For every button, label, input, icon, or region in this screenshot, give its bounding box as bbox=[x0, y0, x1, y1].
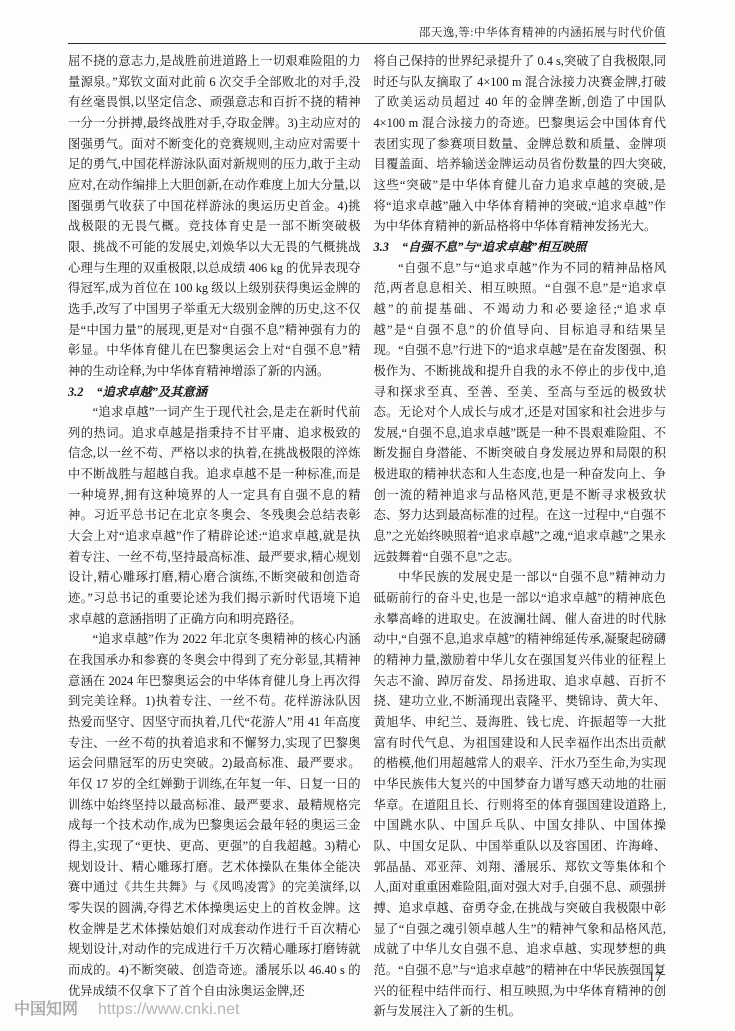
paragraph-continuation: 将自己保持的世界纪录提升了 0.4 s,突破了自我极限,同时还与队友摘取了 4×… bbox=[374, 51, 667, 237]
text-columns: 屈不挠的意志力,是战胜前进道路上一切艰难险阻的力量源泉。”郑钦文面对此前 6 次… bbox=[68, 51, 666, 1022]
paragraph: “追求卓越”一词产生于现代社会,是走在新时代前列的热词。追求卓越是指秉持不甘平庸… bbox=[68, 402, 361, 629]
section-number: 3.3 bbox=[374, 240, 389, 254]
section-title: “追求卓越”及其意涵 bbox=[96, 385, 207, 399]
paragraph: “追求卓越”作为 2022 年北京冬奥精神的核心内涵在我国承办和参赛的冬奥会中得… bbox=[68, 629, 361, 1001]
right-column: 将自己保持的世界纪录提升了 0.4 s,突破了自我极限,同时还与队友摘取了 4×… bbox=[374, 51, 667, 1022]
cnki-url-link[interactable]: https://www.cnki.net bbox=[98, 1001, 239, 1018]
left-column: 屈不挠的意志力,是战胜前进道路上一切艰难险阻的力量源泉。”郑钦文面对此前 6 次… bbox=[68, 51, 361, 1022]
document-page: 邵天逸,等:中华体育精神的内涵拓展与时代价值 屈不挠的意志力,是战胜前进道路上一… bbox=[0, 0, 735, 1031]
page-number: 17 bbox=[648, 970, 662, 986]
section-title: “自强不息”与“追求卓越”相互映照 bbox=[402, 240, 586, 254]
section-number: 3.2 bbox=[68, 385, 83, 399]
cnki-brand-text: 中国知网 bbox=[14, 1001, 78, 1018]
running-head: 邵天逸,等:中华体育精神的内涵拓展与时代价值 bbox=[419, 24, 666, 40]
paragraph-continuation: 屈不挠的意志力,是战胜前进道路上一切艰难险阻的力量源泉。”郑钦文面对此前 6 次… bbox=[68, 51, 361, 382]
section-heading: 3.3“自强不息”与“追求卓越”相互映照 bbox=[374, 237, 667, 258]
paragraph: “自强不息”与“追求卓越”作为不同的精神品格风范,两者息息相关、相互映照。“自强… bbox=[374, 258, 667, 568]
section-heading: 3.2“追求卓越”及其意涵 bbox=[68, 382, 361, 403]
paragraph: 中华民族的发展史是一部以“自强不息”精神动力砥砺前行的奋斗史,也是一部以“追求卓… bbox=[374, 567, 667, 1021]
header-divider bbox=[68, 43, 666, 44]
watermark: 中国知网https://www.cnki.net bbox=[14, 996, 239, 1019]
